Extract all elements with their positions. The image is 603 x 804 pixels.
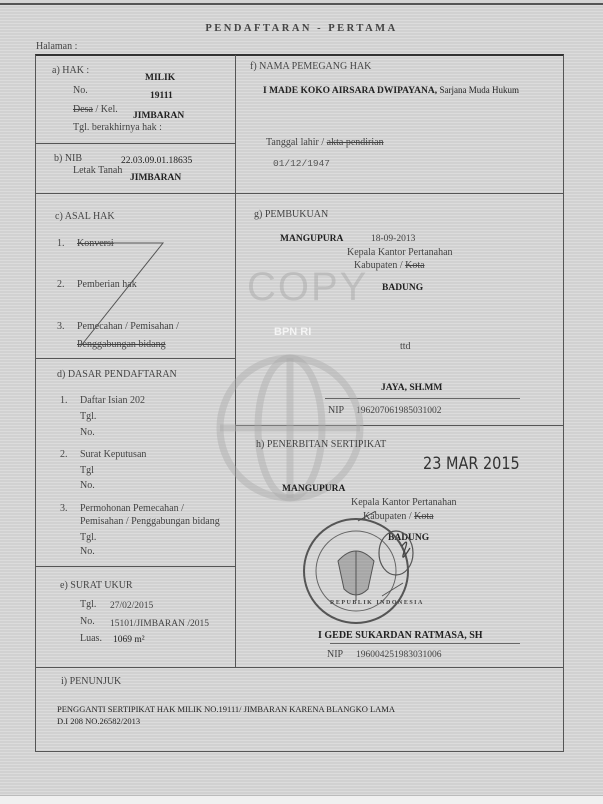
su-luas-label: Luas. <box>80 633 102 644</box>
surat-ukur-heading: e) SURAT UKUR <box>60 580 133 591</box>
desa-label: Desa / Kel. <box>73 104 118 115</box>
no-value: 19111 <box>150 91 173 101</box>
pemegang-heading: f) NAMA PEMEGANG HAK <box>250 61 371 72</box>
dasar-item-1-tgl: Tgl. <box>80 411 96 422</box>
bpn-watermark-label: BPN RI <box>274 326 311 338</box>
su-luas-value: 1069 m² <box>113 635 145 645</box>
no-label: No. <box>73 85 88 96</box>
letak-label: Letak Tanah <box>73 165 122 176</box>
document-title: PENDAFTARAN - PERTAMA <box>0 23 603 34</box>
cancel-z-mark-icon <box>70 235 170 350</box>
dasar-item-2-label: Surat Keputusan <box>80 449 146 460</box>
su-no-value: 15101/JIMBARAN /2015 <box>110 619 209 629</box>
birth-label: Tanggal lahir / akta pendirian <box>266 137 384 148</box>
birth-value: 01/12/1947 <box>273 158 330 169</box>
divider-d-e <box>36 566 235 567</box>
penerbitan-office-1: Kepala Kantor Pertanahan <box>351 497 457 508</box>
pembukuan-heading: g) PEMBUKUAN <box>254 209 328 220</box>
dasar-item-2-no: No. <box>80 480 95 491</box>
penerbitan-signature-line <box>330 643 520 644</box>
pembukuan-date: 18-09-2013 <box>371 234 415 244</box>
divider-i <box>36 667 563 668</box>
penerbitan-regency: BADUNG <box>388 533 429 543</box>
dasar-item-2-tgl: Tgl <box>80 465 94 476</box>
dasar-item-3-label: Permohonan Pemecahan / <box>80 503 184 514</box>
pembukuan-signature-line <box>325 398 520 399</box>
pembukuan-nip-value: 196207061985031002 <box>356 406 442 416</box>
asal-item-2-num: 2. <box>57 279 65 290</box>
asal-item-1-num: 1. <box>57 238 65 249</box>
seal-text: REPUBLIK INDONESIA <box>330 600 424 606</box>
pembukuan-regency: BADUNG <box>382 283 423 293</box>
desa-value: JIMBARAN <box>133 111 184 121</box>
penerbitan-place: MANGUPURA <box>282 484 345 494</box>
pembukuan-place: MANGUPURA <box>280 234 343 244</box>
penunjuk-line-2: D.I 208 NO.26582/2013 <box>57 716 140 726</box>
certificate-page: PENDAFTARAN - PERTAMA Halaman : a) HAK :… <box>0 3 603 798</box>
asal-hak-heading: c) ASAL HAK <box>55 211 115 222</box>
dasar-item-1-no: No. <box>80 427 95 438</box>
dasar-item-3-num: 3. <box>60 503 68 514</box>
pembukuan-office-1: Kepala Kantor Pertanahan <box>347 247 453 258</box>
penerbitan-heading: h) PENERBITAN SERTIPIKAT <box>256 439 386 450</box>
divider-c-d <box>36 358 235 359</box>
holder-name: I MADE KOKO AIRSARA DWIPAYANA, Sarjana M… <box>263 85 519 96</box>
issue-date-stamp: 23 MAR 2015 <box>423 454 520 474</box>
dasar-item-2-num: 2. <box>60 449 68 460</box>
divider-b-c <box>36 193 563 194</box>
tgl-berakhir-label: Tgl. berakhirnya hak : <box>73 122 162 133</box>
penerbitan-office-2: Kabupaten / Kota <box>363 511 434 522</box>
divider-g-h <box>236 425 563 426</box>
penerbitan-official-name: I GEDE SUKARDAN RATMASA, SH <box>318 630 483 641</box>
dasar-item-1-num: 1. <box>60 395 68 406</box>
penerbitan-nip-value: 196004251983031006 <box>356 650 442 660</box>
pembukuan-ttd: ttd <box>400 341 411 352</box>
dasar-heading: d) DASAR PENDAFTARAN <box>57 369 177 380</box>
column-divider <box>235 55 236 667</box>
pembukuan-nip-label: NIP <box>328 405 344 416</box>
page-label: Halaman : <box>36 41 77 52</box>
penunjuk-line-1: PENGGANTI SERTIPIKAT HAK MILIK NO.19111/… <box>57 704 395 714</box>
penunjuk-heading: i) PENUNJUK <box>61 676 121 687</box>
su-tgl-label: Tgl. <box>80 599 96 610</box>
nib-heading: b) NIB <box>54 153 82 164</box>
nib-value: 22.03.09.01.18635 <box>121 156 192 166</box>
dasar-item-3-tgl: Tgl. <box>80 532 96 543</box>
letak-value: JIMBARAN <box>130 173 181 183</box>
page-bottom-edge <box>0 795 603 804</box>
dasar-item-1-label: Daftar Isian 202 <box>80 395 145 406</box>
su-no-label: No. <box>80 616 95 627</box>
pembukuan-official-name: JAYA, SH.MM <box>381 383 442 393</box>
su-tgl-value: 27/02/2015 <box>110 601 153 611</box>
divider-a-b <box>36 143 235 144</box>
dasar-item-3-no: No. <box>80 546 95 557</box>
penerbitan-nip-label: NIP <box>327 649 343 660</box>
top-rule <box>0 3 603 5</box>
hak-value: MILIK <box>145 73 175 83</box>
dasar-item-3-label-2: Pemisahan / Penggabungan bidang <box>80 516 220 527</box>
copy-watermark: COPY <box>247 265 368 310</box>
hak-heading: a) HAK : <box>52 65 89 76</box>
asal-item-3-num: 3. <box>57 321 65 332</box>
